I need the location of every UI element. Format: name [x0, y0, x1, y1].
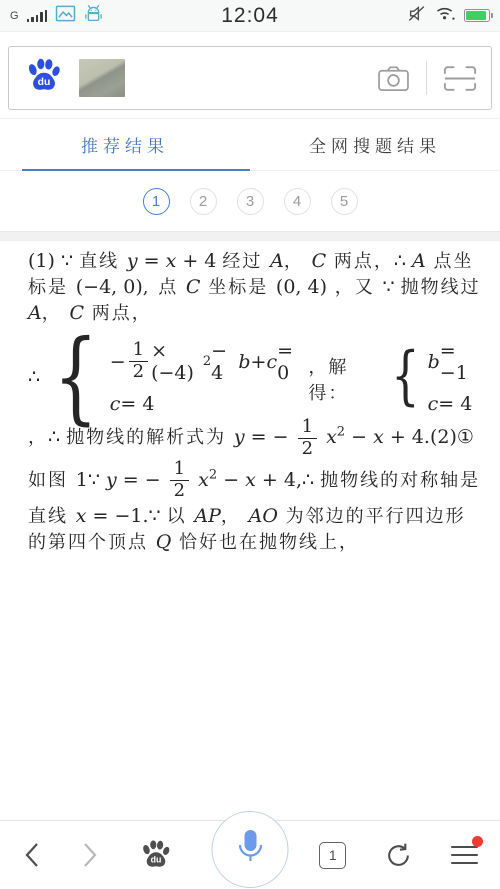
screenshot-icon — [55, 5, 76, 27]
tab-label: 推荐结果 — [81, 132, 169, 157]
notification-dot — [472, 836, 483, 847]
solution-line: ∴ {− 12 × (−4)2 − 4b + c = 0c = 4，解得：{b … — [28, 337, 484, 417]
wifi-icon — [435, 5, 456, 26]
bottom-navigation: du 1 — [0, 820, 500, 889]
menu-icon — [451, 846, 478, 865]
screen: 12:04 G — [0, 0, 500, 889]
back-button[interactable] — [22, 841, 42, 869]
tab-bar: 推荐结果 全网搜题结果 — [0, 118, 500, 171]
forward-button[interactable] — [80, 841, 100, 869]
solution-content: (1) ∵ 直线 y = x + 4 经过 A， C 两点，∴ A 点坐标是 (… — [0, 241, 500, 554]
signal-bars-icon — [27, 9, 48, 22]
svg-text:du: du — [38, 76, 51, 87]
camera-icon[interactable] — [377, 65, 410, 92]
pagination: 1 2 3 4 5 — [0, 171, 500, 231]
search-section: du — [0, 32, 500, 118]
tab-recommended-results[interactable]: 推荐结果 — [0, 119, 250, 170]
page-button[interactable]: 5 — [331, 188, 358, 215]
solution-line: ∵ y = − 12 x2 − x + 4, — [88, 469, 302, 491]
solution-line: ， — [28, 426, 48, 448]
page-button[interactable]: 1 — [143, 188, 170, 215]
page-button[interactable]: 2 — [190, 188, 217, 215]
solution-line: ∴ 抛物线的解析式为 y = − 12 x2 − x + 4. — [48, 426, 430, 448]
voice-search-button[interactable] — [212, 811, 289, 888]
tab-count: 1 — [329, 847, 337, 863]
tabs-button[interactable]: 1 — [319, 842, 346, 869]
tab-web-search-results[interactable]: 全网搜题结果 — [250, 119, 500, 170]
mic-icon — [233, 827, 267, 872]
android-icon — [84, 4, 103, 28]
baidu-home-button[interactable]: du — [138, 838, 174, 872]
page-button[interactable]: 4 — [284, 188, 311, 215]
baidu-logo-icon: du — [23, 56, 65, 101]
menu-button[interactable] — [451, 846, 478, 865]
tab-label: 全网搜题结果 — [309, 132, 441, 157]
status-bar: 12:04 G — [0, 0, 500, 32]
divider — [426, 61, 427, 95]
query-image-thumbnail[interactable] — [79, 59, 125, 97]
svg-text:du: du — [150, 854, 161, 864]
carrier-label: G — [10, 10, 19, 22]
solution-line: 点 Q 恰好也在抛物线上， — [128, 531, 359, 553]
section-divider — [0, 231, 500, 241]
page-button[interactable]: 3 — [237, 188, 264, 215]
mute-icon — [407, 5, 427, 27]
solution-line: (1) ∵ 直线 y = x + 4 经过 A， C 两点， — [28, 250, 394, 272]
refresh-button[interactable] — [384, 841, 413, 870]
battery-icon — [464, 9, 490, 22]
search-box[interactable]: du — [8, 46, 492, 110]
scan-icon[interactable] — [443, 65, 477, 92]
